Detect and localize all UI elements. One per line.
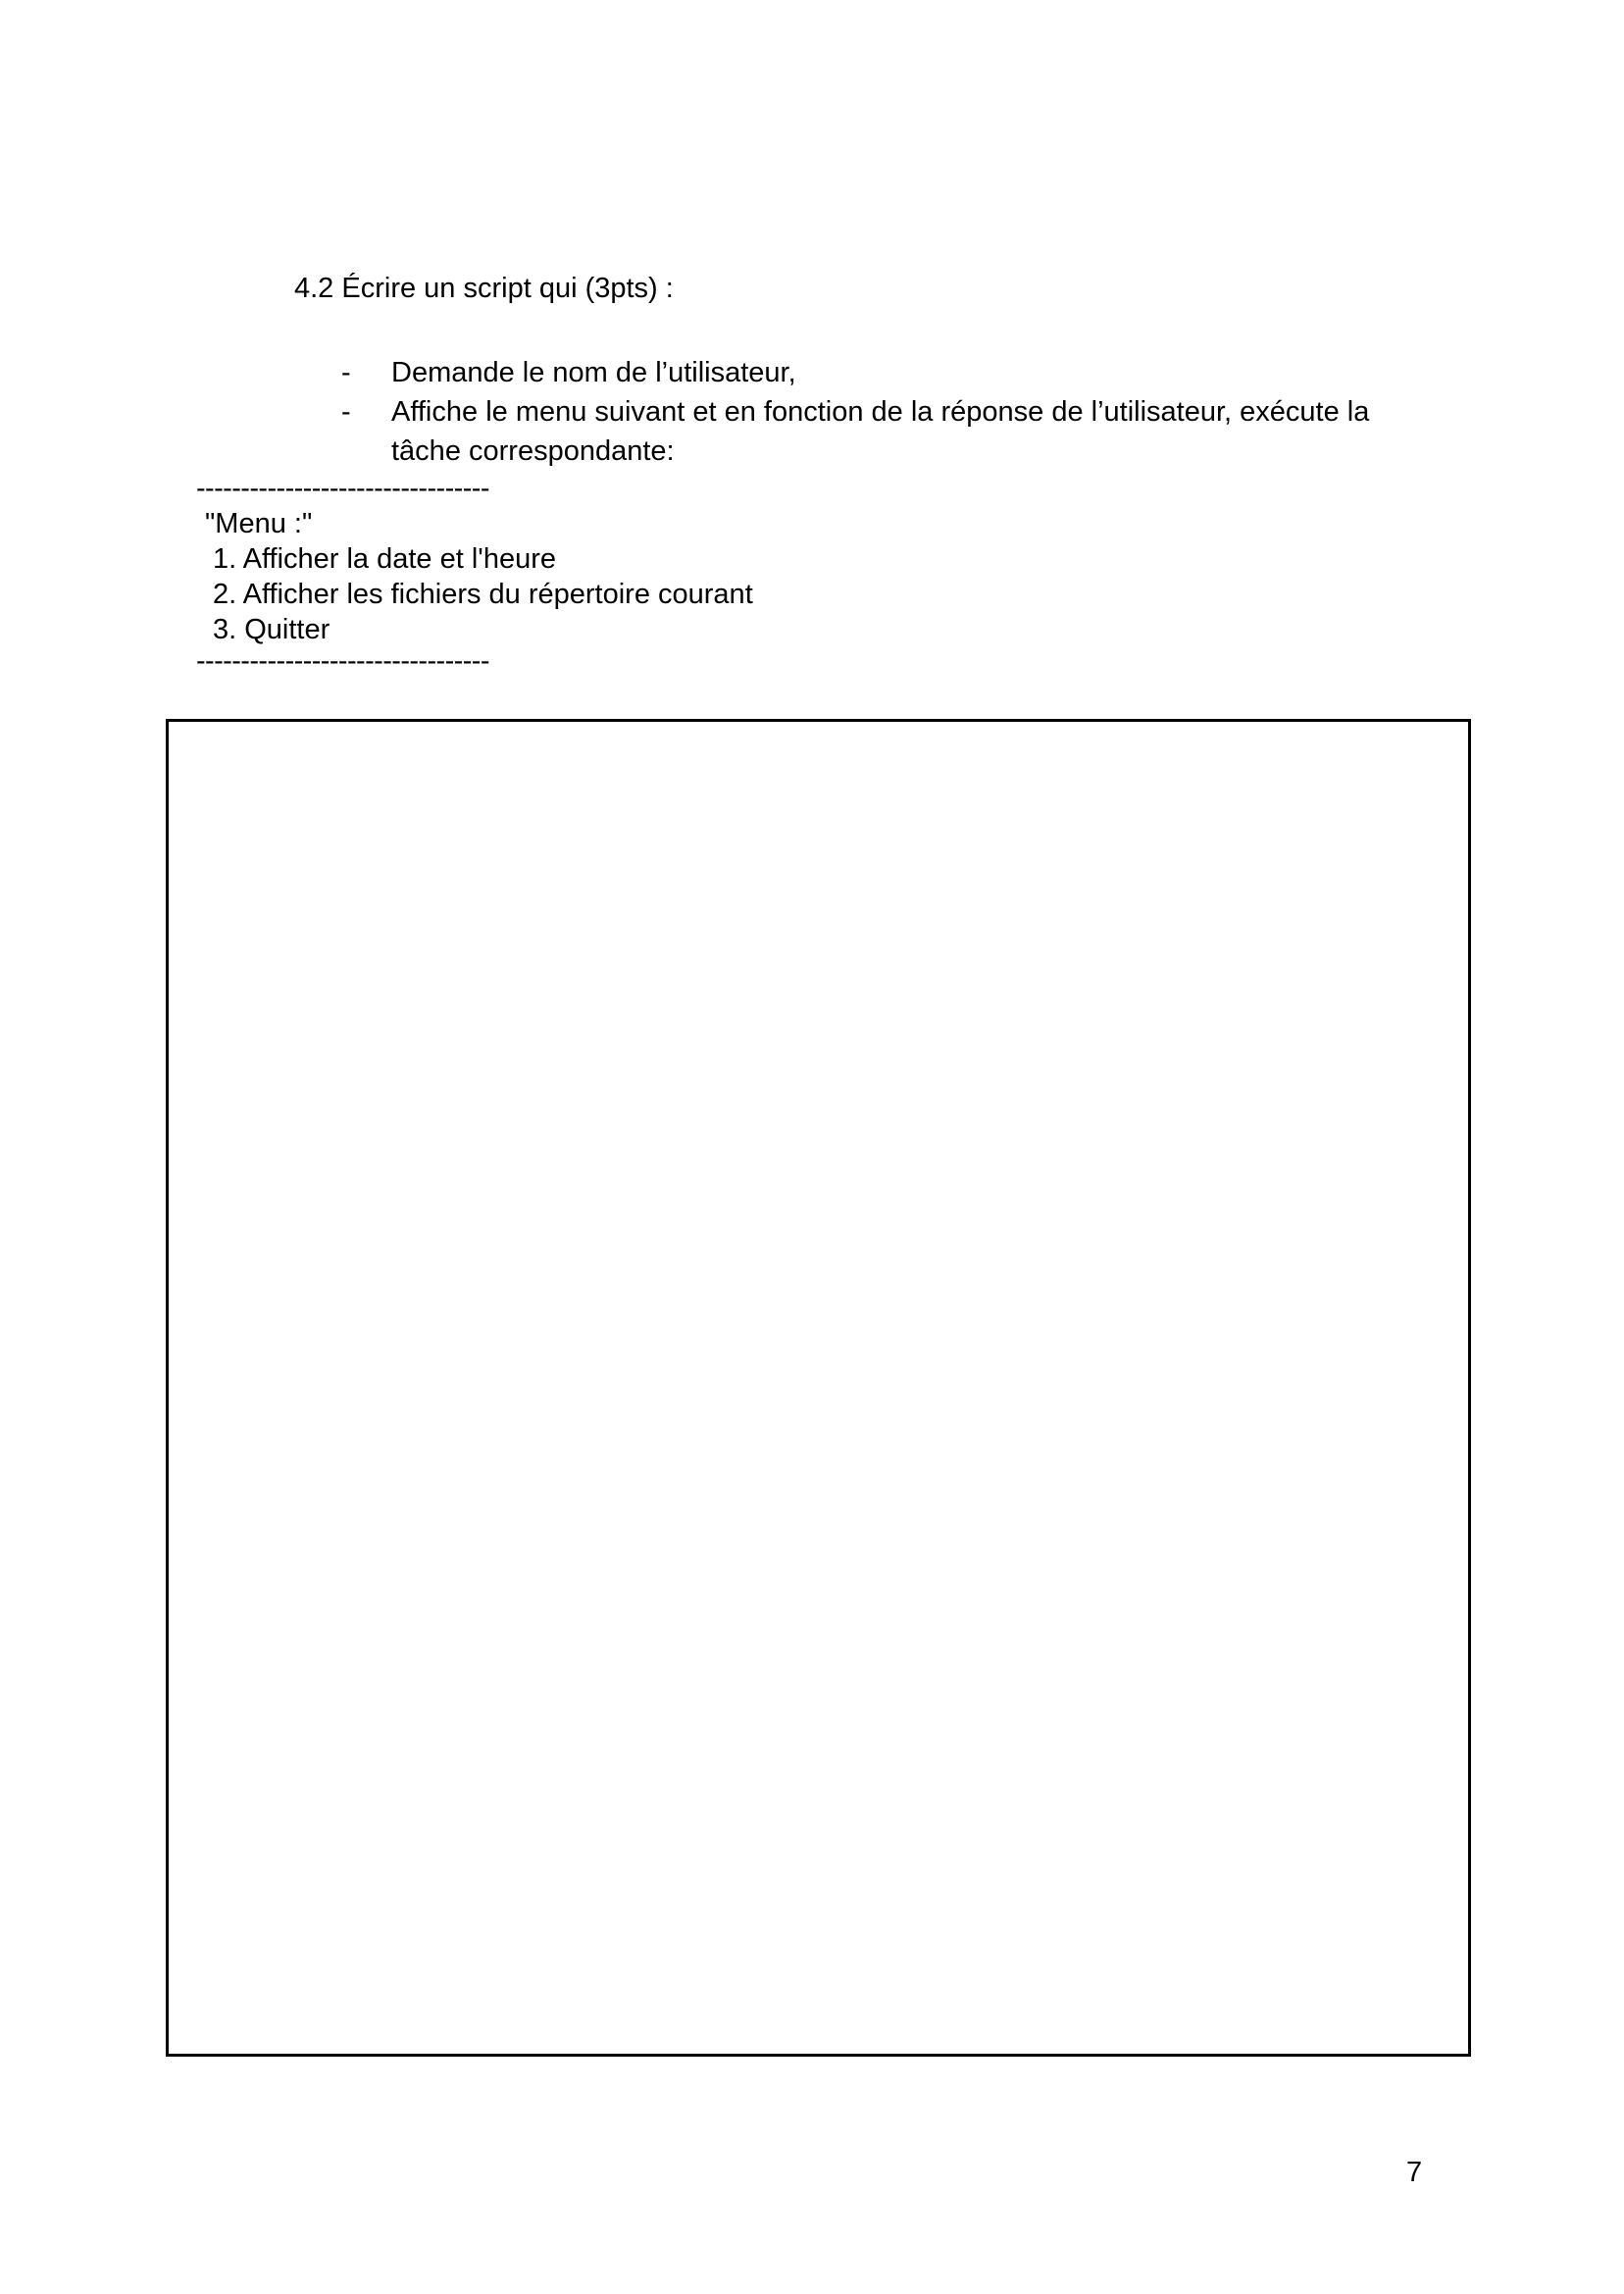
requirement-item: - Affiche le menu suivant et en fonction… bbox=[341, 392, 1431, 471]
menu-item: 1. Afficher la date et l'heure bbox=[213, 541, 753, 577]
menu-item: 3. Quitter bbox=[213, 612, 753, 647]
menu-separator-bottom: --------------------------------- bbox=[196, 646, 489, 676]
requirement-item: - Demande le nom de l’utilisateur, bbox=[341, 353, 1431, 392]
bullet-dash: - bbox=[341, 353, 351, 392]
menu-separator-top: --------------------------------- bbox=[196, 474, 489, 503]
answer-box[interactable] bbox=[166, 719, 1471, 2057]
menu-items-list: 1. Afficher la date et l'heure 2. Affich… bbox=[213, 541, 753, 647]
requirement-text: Affiche le menu suivant et en fonction d… bbox=[391, 396, 1369, 467]
requirement-text: Demande le nom de l’utilisateur, bbox=[391, 357, 796, 388]
bullet-dash: - bbox=[341, 392, 351, 432]
menu-item: 2. Afficher les fichiers du répertoire c… bbox=[213, 577, 753, 612]
menu-title: "Menu :" bbox=[205, 506, 312, 541]
requirements-list: - Demande le nom de l’utilisateur, - Aff… bbox=[341, 353, 1431, 471]
question-heading: 4.2 Écrire un script qui (3pts) : bbox=[294, 271, 674, 306]
page-number: 7 bbox=[1406, 2155, 1422, 2190]
